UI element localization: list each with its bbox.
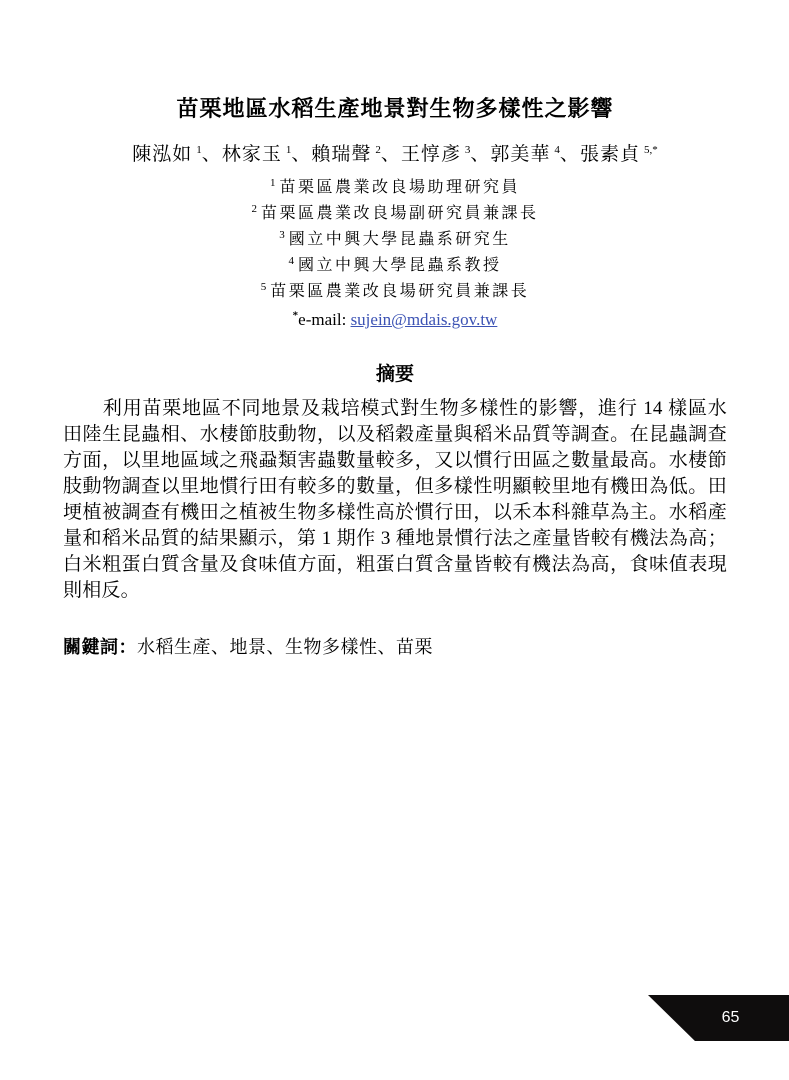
- keywords-label: 關鍵詞：: [63, 637, 137, 657]
- author: 張素貞5,*: [580, 144, 658, 165]
- affiliation-text: 國立中興大學昆蟲系研究生: [289, 231, 511, 248]
- author-separator: 、: [381, 144, 401, 165]
- affiliation-superscript: 2: [251, 203, 257, 215]
- affiliation-text: 苗栗區農業改良場助理研究員: [279, 179, 520, 196]
- email-line: *e-mail: sujein@mdais.gov.tw: [63, 308, 727, 332]
- author-name: 張素貞: [580, 144, 640, 165]
- author-name: 郭美華: [490, 144, 550, 165]
- abstract-paragraph: 利用苗栗地區不同地景及栽培模式對生物多樣性的影響，進行 14 樣區水田陸生昆蟲相…: [63, 396, 727, 604]
- paper-title: 苗栗地區水稻生產地景對生物多樣性之影響: [63, 95, 727, 122]
- author-separator: 、: [470, 144, 490, 165]
- paper-page: 苗栗地區水稻生產地景對生物多樣性之影響 陳泓如1、林家玉1、賴瑞聲2、王惇彥3、…: [0, 0, 789, 1080]
- page-number-tab: 65: [648, 995, 789, 1041]
- affiliation-text: 國立中興大學昆蟲系教授: [298, 257, 502, 274]
- affiliation-superscript: 5: [261, 281, 267, 293]
- page-number: 65: [698, 1009, 740, 1027]
- keywords-text: 水稻生產、地景、生物多樣性、苗栗: [137, 637, 433, 657]
- affiliation-superscript: 3: [279, 229, 285, 241]
- author: 郭美華4: [490, 144, 560, 165]
- page-content: 苗栗地區水稻生產地景對生物多樣性之影響 陳泓如1、林家玉1、賴瑞聲2、王惇彥3、…: [0, 0, 789, 660]
- author: 林家玉1: [222, 144, 292, 165]
- author-superscript: 5,*: [644, 144, 658, 156]
- author: 陳泓如1: [132, 144, 202, 165]
- affiliation-text: 苗栗區農業改良場研究員兼課長: [270, 283, 529, 300]
- author: 賴瑞聲2: [311, 144, 381, 165]
- affiliation: 4國立中興大學昆蟲系教授: [63, 253, 727, 279]
- author-separator: 、: [202, 144, 222, 165]
- affiliation: 1苗栗區農業改良場助理研究員: [63, 175, 727, 201]
- author-name: 賴瑞聲: [311, 144, 371, 165]
- author: 王惇彥3: [401, 144, 471, 165]
- email-label: e-mail:: [298, 310, 350, 329]
- email-link[interactable]: sujein@mdais.gov.tw: [351, 310, 498, 329]
- affiliation-list: 1苗栗區農業改良場助理研究員 2苗栗區農業改良場副研究員兼課長 3國立中興大學昆…: [63, 175, 727, 305]
- author-separator: 、: [291, 144, 311, 165]
- author-name: 王惇彥: [401, 144, 461, 165]
- author-line: 陳泓如1、林家玉1、賴瑞聲2、王惇彥3、郭美華4、張素貞5,*: [63, 142, 727, 168]
- abstract-heading: 摘要: [63, 363, 727, 387]
- author-separator: 、: [560, 144, 580, 165]
- affiliation-superscript: 1: [270, 177, 276, 189]
- affiliation-superscript: 4: [288, 255, 294, 267]
- keywords-line: 關鍵詞：水稻生產、地景、生物多樣性、苗栗: [63, 634, 727, 660]
- author-name: 陳泓如: [132, 144, 192, 165]
- affiliation-text: 苗栗區農業改良場副研究員兼課長: [261, 205, 539, 222]
- affiliation: 5苗栗區農業改良場研究員兼課長: [63, 279, 727, 305]
- affiliation: 3國立中興大學昆蟲系研究生: [63, 227, 727, 253]
- affiliation: 2苗栗區農業改良場副研究員兼課長: [63, 201, 727, 227]
- author-name: 林家玉: [222, 144, 282, 165]
